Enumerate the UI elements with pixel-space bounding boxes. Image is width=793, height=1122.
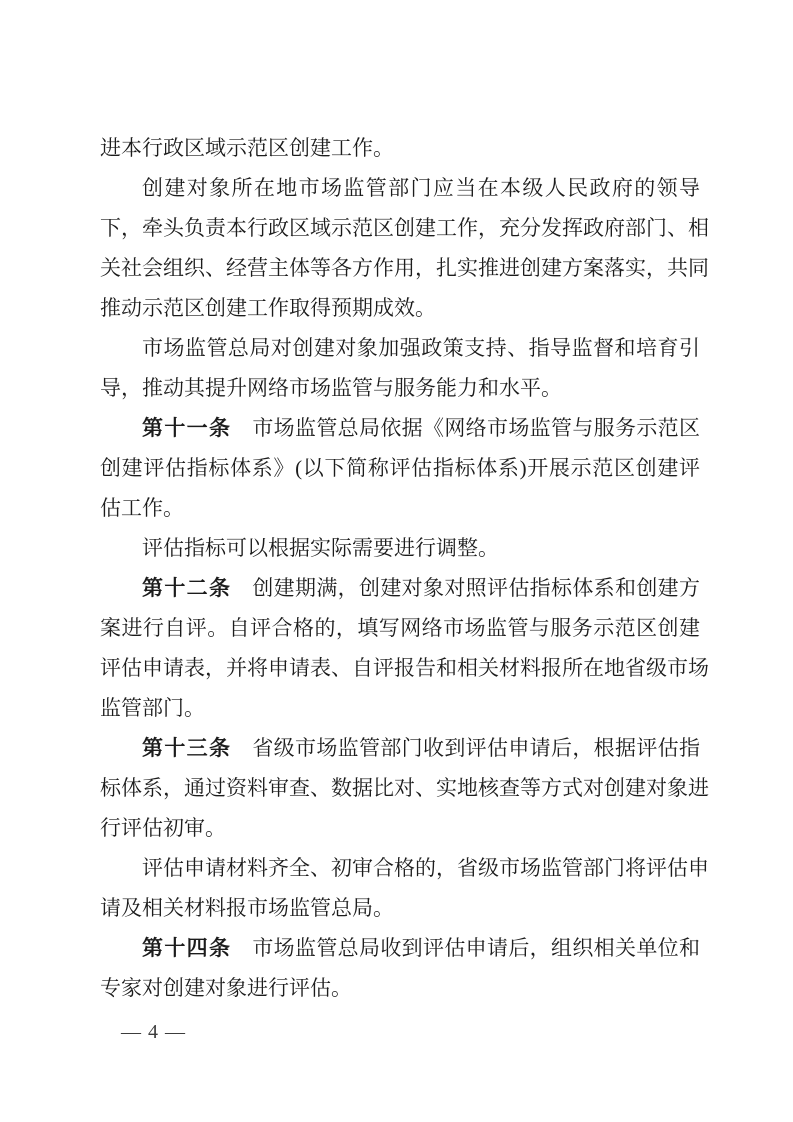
text-line: 专家对创建对象进行评估。	[100, 968, 700, 1008]
article-number: 第十四条	[142, 937, 231, 960]
text-line: 创建评估指标体系》(以下简称评估指标体系)开展示范区创建评	[100, 448, 700, 488]
text-line: 评估申请表，并将申请表、自评报告和相关材料报所在地省级市场	[100, 648, 700, 688]
text-line: 市场监管总局对创建对象加强政策支持、指导监督和培育引	[100, 328, 700, 368]
text-line: 第十一条市场监管总局依据《网络市场监管与服务示范区	[100, 408, 700, 448]
article-number: 第十三条	[142, 737, 231, 760]
text-line: 案进行自评。自评合格的，填写网络市场监管与服务示范区创建	[100, 608, 700, 648]
text-line: 创建对象所在地市场监管部门应当在本级人民政府的领导	[100, 168, 700, 208]
text-line: 推动示范区创建工作取得预期成效。	[100, 288, 700, 328]
line-text: 市场监管总局收到评估申请后，组织相关单位和	[252, 936, 700, 960]
article-number: 第十二条	[142, 577, 231, 600]
text-line: 估工作。	[100, 488, 700, 528]
text-line: 第十二条创建期满，创建对象对照评估指标体系和创建方	[100, 568, 700, 608]
page-number: — 4 —	[121, 1018, 186, 1046]
text-line: 标体系，通过资料审查、数据比对、实地核查等方式对创建对象进	[100, 768, 700, 808]
document-page: 进本行政区域示范区创建工作。 创建对象所在地市场监管部门应当在本级人民政府的领导…	[0, 0, 793, 1122]
article-number: 第十一条	[142, 417, 231, 440]
line-text: 省级市场监管部门收到评估申请后，根据评估指	[252, 736, 700, 760]
text-line: 监管部门。	[100, 688, 700, 728]
text-line: 关社会组织、经营主体等各方作用，扎实推进创建方案落实，共同	[100, 248, 700, 288]
text-line: 下，牵头负责本行政区域示范区创建工作，充分发挥政府部门、相	[100, 208, 700, 248]
text-line: 导，推动其提升网络市场监管与服务能力和水平。	[100, 368, 700, 408]
line-text: 创建期满，创建对象对照评估指标体系和创建方	[252, 576, 700, 600]
line-text: 市场监管总局依据《网络市场监管与服务示范区	[252, 416, 700, 440]
text-line: 进本行政区域示范区创建工作。	[100, 128, 700, 168]
text-line: 行评估初审。	[100, 808, 700, 848]
text-line: 第十三条省级市场监管部门收到评估申请后，根据评估指	[100, 728, 700, 768]
text-line: 请及相关材料报市场监管总局。	[100, 888, 700, 928]
text-line: 评估申请材料齐全、初审合格的，省级市场监管部门将评估申	[100, 848, 700, 888]
text-line: 第十四条市场监管总局收到评估申请后，组织相关单位和	[100, 928, 700, 968]
text-line: 评估指标可以根据实际需要进行调整。	[100, 528, 700, 568]
document-body: 进本行政区域示范区创建工作。 创建对象所在地市场监管部门应当在本级人民政府的领导…	[100, 128, 700, 1008]
